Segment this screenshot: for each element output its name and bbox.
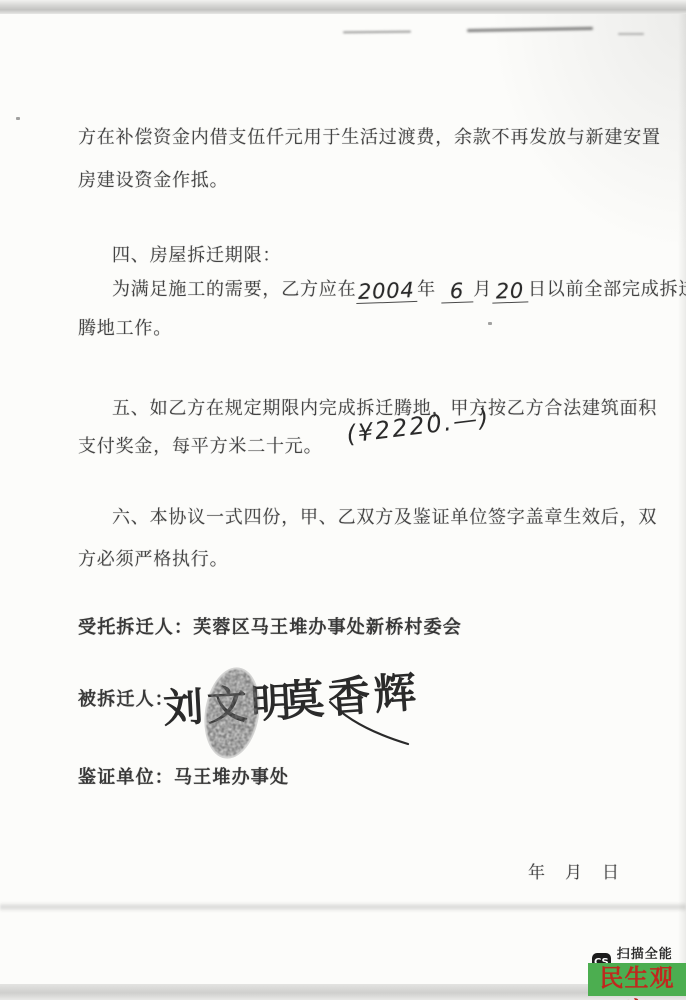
minsheng-watch-watermark: 民生观察 (588, 963, 686, 996)
paragraph-line: 方在补偿资金内借支伍仟元用于生活过渡费，余款不再发放与新建安置 (78, 125, 661, 149)
paragraph-line: 腾地工作。 (78, 316, 172, 340)
handwritten-day-field: 20 (492, 281, 529, 303)
entrusted-demolisher-label: 受托拆迁人： (78, 617, 193, 637)
blank-date-line: 年 月 日 (528, 858, 619, 883)
scan-artifact-streak (618, 33, 644, 35)
clause4-deadline-sentence: 为满足施工的需要，乙方应在2004年 6月20日以前全部完成拆迁 (112, 277, 686, 303)
scan-right-edge (678, 14, 686, 984)
clause5-line: 支付奖金，每平方米二十元。 (78, 434, 322, 458)
clause6-line: 六、本协议一式四份，甲、乙双方及鉴证单位签字盖章生效后，双 (112, 505, 657, 529)
clause4-title: 四、房屋拆迁期限： (112, 243, 281, 267)
fingerprint-smudge (196, 663, 268, 768)
witness-unit-value: 马王堆办事处 (174, 767, 289, 787)
date-day-char: 日 (602, 858, 619, 883)
clause4-year-unit: 年 (417, 279, 436, 299)
scan-artifact-streak (343, 31, 411, 34)
scan-speck (16, 117, 20, 120)
paragraph-line: 房建设资金作抵。 (78, 168, 228, 192)
signature-flourish-stroke (300, 690, 420, 759)
clause6-line: 方必须严格执行。 (78, 547, 228, 571)
handwritten-month-field: 6 (441, 281, 474, 303)
handwritten-year-field: 2004 (356, 281, 417, 304)
witness-unit-label: 鉴证单位： (78, 767, 174, 787)
witness-unit-line: 鉴证单位：马王堆办事处 (78, 765, 289, 789)
clause4-month-unit: 月 (473, 279, 492, 299)
scan-speck (488, 322, 492, 325)
demolished-party-label: 被拆迁人： (78, 687, 174, 711)
entrusted-demolisher-value: 芙蓉区马王堆办事处新桥村委会 (193, 617, 462, 637)
date-year-char: 年 (528, 858, 545, 883)
scanned-document-page: 方在补偿资金内借支伍仟元用于生活过渡费，余款不再发放与新建安置 房建设资金作抵。… (0, 0, 686, 1000)
page-bottom-shadow (0, 902, 686, 912)
clause4-text-pre: 为满足施工的需要，乙方应在 (112, 279, 356, 299)
date-month-char: 月 (565, 858, 582, 883)
scan-top-border (0, 0, 686, 14)
scan-bottom-border (0, 984, 686, 1000)
clause4-text-post: 日以前全部完成拆迁 (528, 279, 686, 299)
entrusted-demolisher-line: 受托拆迁人：芙蓉区马王堆办事处新桥村委会 (78, 615, 462, 639)
